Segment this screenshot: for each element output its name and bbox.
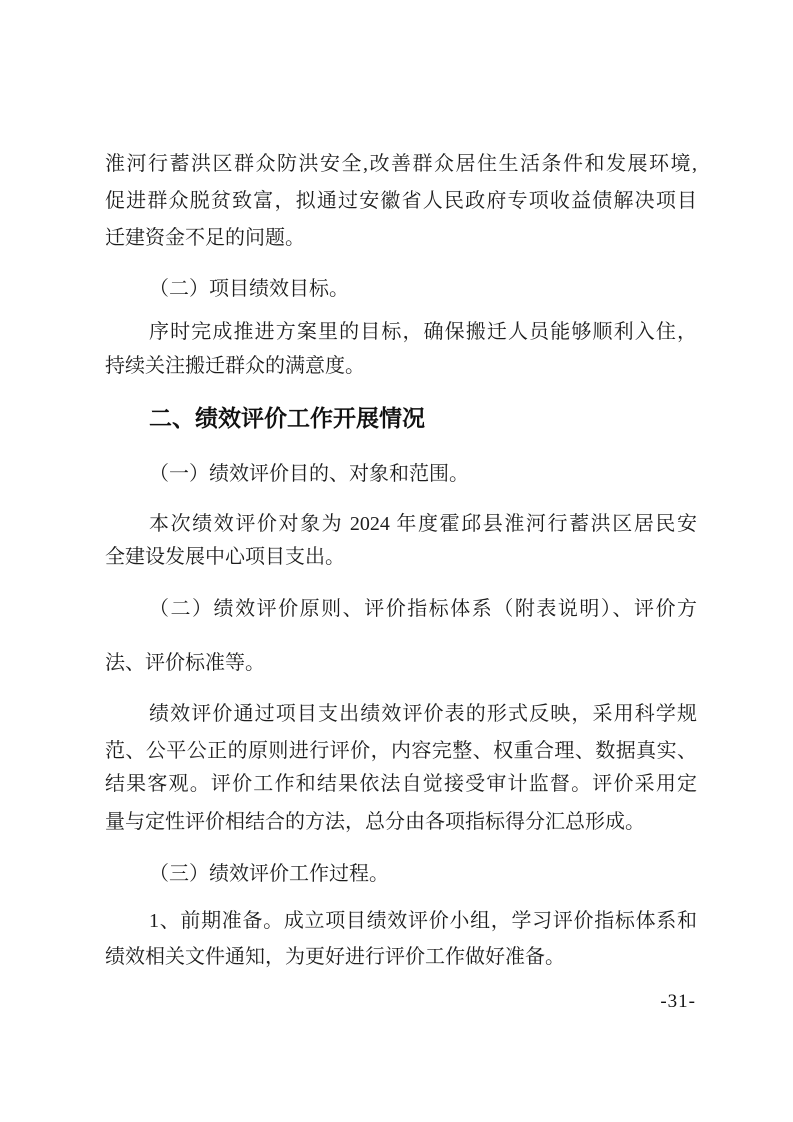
text-line: 绩效评价通过项目支出绩效评价表的形式反映，采用科学规 [105, 700, 697, 728]
text-line: 量与定性评价相结合的方法，总分由各项指标得分汇总形成。 [105, 808, 697, 836]
document-page: 淮河行蓄洪区群众防洪安全,改善群众居住生活条件和发展环境,促进群众脱贫致富，拟通… [0, 0, 793, 1122]
text-line: 持续关注搬迁群众的满意度。 [105, 352, 697, 380]
text-line: 促进群众脱贫致富，拟通过安徽省人民政府专项收益债解决项目 [105, 187, 697, 215]
text-line: 序时完成推进方案里的目标，确保搬迁人员能够顺利入住， [105, 318, 697, 346]
section-heading: 二、绩效评价工作开展情况 [105, 404, 697, 432]
text-line: 全建设发展中心项目支出。 [105, 543, 697, 571]
text-line: （一）绩效评价目的、对象和范围。 [105, 460, 697, 488]
text-line: 1、前期准备。成立项目绩效评价小组，学习评价指标体系和 [105, 907, 697, 935]
text-line: （三）绩效评价工作过程。 [105, 860, 697, 888]
text-line: （二）项目绩效目标。 [105, 275, 697, 303]
text-line: 法、评价标准等。 [105, 649, 697, 677]
text-line: 淮河行蓄洪区群众防洪安全,改善群众居住生活条件和发展环境, [105, 150, 697, 178]
page-number: -31- [660, 991, 696, 1013]
text-line: （二）绩效评价原则、评价指标体系（附表说明）、评价方 [105, 595, 697, 623]
text-line: 本次绩效评价对象为 2024 年度霍邱县淮河行蓄洪区居民安 [105, 510, 697, 538]
text-line: 结果客观。评价工作和结果依法自觉接受审计监督。评价采用定 [105, 770, 697, 798]
text-line: 绩效相关文件通知，为更好进行评价工作做好准备。 [105, 943, 697, 971]
document-body: 淮河行蓄洪区群众防洪安全,改善群众居住生活条件和发展环境,促进群众脱贫致富，拟通… [105, 0, 697, 1122]
text-line: 范、公平公正的原则进行评价，内容完整、权重合理、数据真实、 [105, 737, 697, 765]
text-line: 迁建资金不足的问题。 [105, 224, 697, 252]
